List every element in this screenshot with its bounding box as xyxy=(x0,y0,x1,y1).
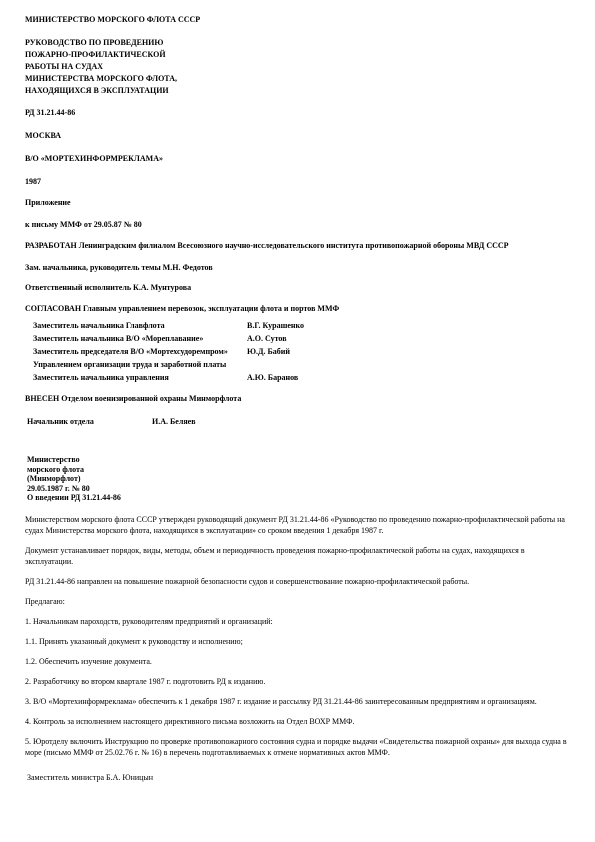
signatory-name: А.О. Сутов xyxy=(247,333,570,344)
letterhead-line: (Минморфлот) xyxy=(27,474,570,484)
year: 1987 xyxy=(25,176,570,187)
paragraph: Предлагаю: xyxy=(25,596,570,607)
document-title-line: НАХОДЯЩИХСЯ В ЭКСПЛУАТАЦИИ xyxy=(25,85,570,97)
document-page: МИНИСТЕРСТВО МОРСКОГО ФЛОТА СССР РУКОВОД… xyxy=(0,0,595,842)
signatory-name: Ю.Д. Бабий xyxy=(247,346,570,357)
signatories-table: Заместитель начальника Главфлота В.Г. Ку… xyxy=(33,320,570,383)
letterhead-line: О введении РД 31.21.44-86 xyxy=(27,493,570,503)
signatory-name xyxy=(247,359,570,370)
document-title-line: МИНИСТЕРСТВА МОРСКОГО ФЛОТА, xyxy=(25,73,570,85)
developer-executor: Ответственный исполнитель К.А. Мунтурова xyxy=(25,282,570,293)
letterhead-line: 29.05.1987 г. № 80 xyxy=(27,484,570,494)
annex-ref: к письму ММФ от 29.05.87 № 80 xyxy=(25,219,570,230)
paragraph: Документ устанавливает порядок, виды, ме… xyxy=(25,545,570,567)
city: МОСКВА xyxy=(25,130,570,141)
letterhead: Министерство морского флота (Минморфлот)… xyxy=(25,455,570,503)
dept-head-row: Начальник отдела И.А. Беляев xyxy=(27,416,570,427)
annex-label: Приложение xyxy=(25,197,570,208)
document-title-line: ПОЖАРНО-ПРОФИЛАКТИЧЕСКОЙ xyxy=(25,49,570,61)
document-title: РУКОВОДСТВО ПО ПРОВЕДЕНИЮ ПОЖАРНО-ПРОФИЛ… xyxy=(25,37,570,97)
paragraph: Министерством морского флота СССР утверж… xyxy=(25,514,570,536)
signatory-position: Заместитель начальника В/О «Мореплавание… xyxy=(33,333,247,344)
doc-number: РД 31.21.44-86 xyxy=(25,107,570,118)
paragraph: 4. Контроль за исполнением настоящего ди… xyxy=(25,716,570,727)
paragraph: 2. Разработчику во втором квартале 1987 … xyxy=(25,676,570,687)
signatory-position: Заместитель начальника Главфлота xyxy=(33,320,247,331)
document-title-line: РУКОВОДСТВО ПО ПРОВЕДЕНИЮ xyxy=(25,37,570,49)
letterhead-line: морского флота xyxy=(27,465,570,475)
dept-head-name: И.А. Беляев xyxy=(152,416,570,427)
agreed-by: СОГЛАСОВАН Главным управлением перевозок… xyxy=(25,303,570,314)
paragraph: 3. В/О «Мортехинформреклама» обеспечить … xyxy=(25,696,570,707)
paragraph: РД 31.21.44-86 направлен на повышение по… xyxy=(25,576,570,587)
signatory-position: Управлением организации труда и заработн… xyxy=(33,359,247,370)
letterhead-line: Министерство xyxy=(27,455,570,465)
submitted-by: ВНЕСЕН Отделом военизированной охраны Ми… xyxy=(25,393,570,404)
signatory-position: Заместитель начальника управления xyxy=(33,372,247,383)
minister-signature: Заместитель министра Б.А. Юницын xyxy=(27,772,570,783)
developed-by: РАЗРАБОТАН Ленинградским филиалом Всесою… xyxy=(25,240,570,251)
paragraph: 1.1. Принять указанный документ к руково… xyxy=(25,636,570,647)
dept-head-position: Начальник отдела xyxy=(27,416,152,427)
developer-lead: Зам. начальника, руководитель темы М.Н. … xyxy=(25,262,570,273)
paragraph: 5. Юротделу включить Инструкцию по прове… xyxy=(25,736,570,758)
document-body: Министерством морского флота СССР утверж… xyxy=(25,514,570,758)
signatory-name: А.Ю. Баранов xyxy=(247,372,570,383)
paragraph: 1. Начальникам пароходств, руководителям… xyxy=(25,616,570,627)
document-title-line: РАБОТЫ НА СУДАХ xyxy=(25,61,570,73)
signatory-name: В.Г. Курашенко xyxy=(247,320,570,331)
ministry-title: МИНИСТЕРСТВО МОРСКОГО ФЛОТА СССР xyxy=(25,14,570,25)
signatory-position: Заместитель председателя В/О «Мортехсудо… xyxy=(33,346,247,357)
paragraph: 1.2. Обеспечить изучение документа. xyxy=(25,656,570,667)
publisher: В/О «МОРТЕХИНФОРМРЕКЛАМА» xyxy=(25,153,570,164)
